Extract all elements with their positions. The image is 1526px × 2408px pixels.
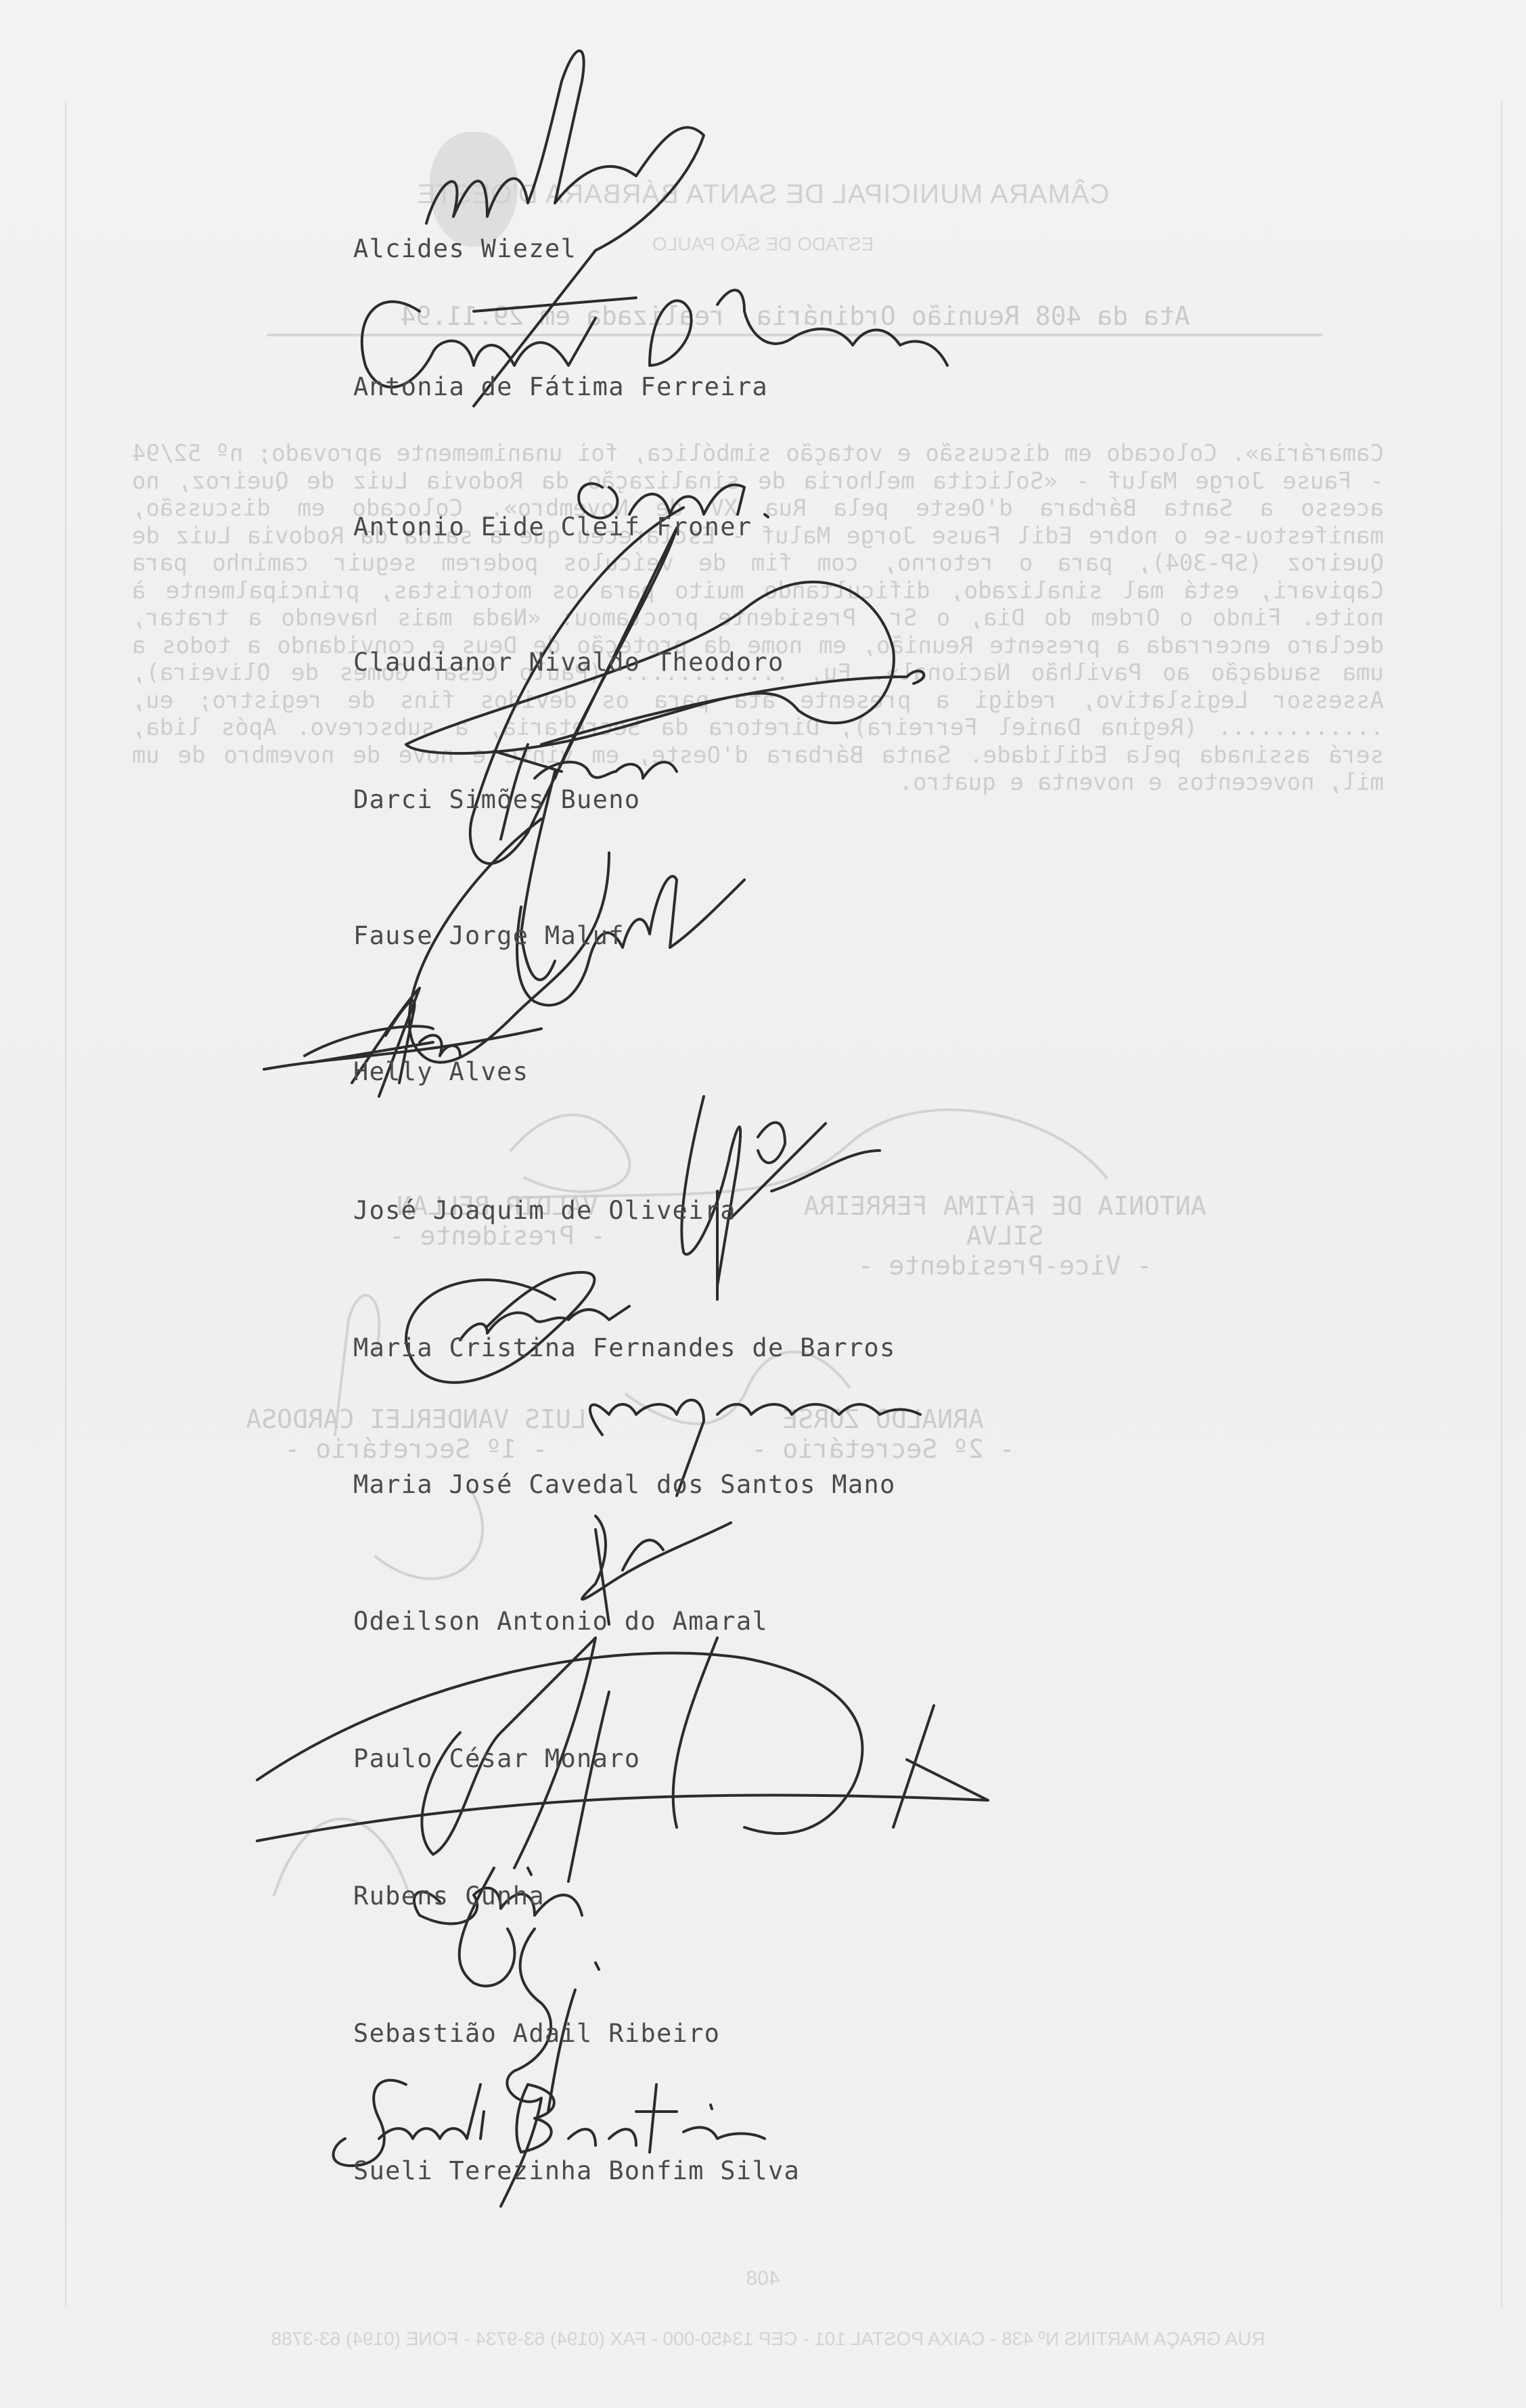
signatory-name: Antonio Eide Cleif Froner xyxy=(353,512,752,541)
signatory-list: Alcides Wiezel Antonia de Fátima Ferreir… xyxy=(0,0,1526,2408)
signatory-name: Helly Alves xyxy=(353,1057,529,1086)
signatory-name: Antonia de Fátima Ferreira xyxy=(353,372,768,401)
signatory-name: Sebastião Adail Ribeiro xyxy=(353,2019,720,2048)
signatory-name: Maria Cristina Fernandes de Barros xyxy=(353,1333,896,1362)
signatory-name: Odeilson Antonio do Amaral xyxy=(353,1607,768,1636)
signatory-name: Claudianor Nivaldo Theodoro xyxy=(353,648,784,677)
signatory-name: Alcides Wiezel xyxy=(353,234,577,263)
signatory-name: Fause Jorge Maluf xyxy=(353,921,625,950)
signatory-name: Paulo César Monaro xyxy=(353,1744,640,1773)
signatory-name: Maria José Cavedal dos Santos Mano xyxy=(353,1470,896,1499)
signatory-name: José Joaquim de Oliveira xyxy=(353,1196,736,1225)
signatory-name: Darci Simões Bueno xyxy=(353,785,640,814)
signatory-name: Sueli Terezinha Bonfim Silva xyxy=(353,2156,800,2185)
signatory-name: Rubens Cunha xyxy=(353,1881,545,1911)
document-page: CÂMARA MUNICIPAL DE SANTA BÁRBARA D'OEST… xyxy=(0,0,1526,2408)
